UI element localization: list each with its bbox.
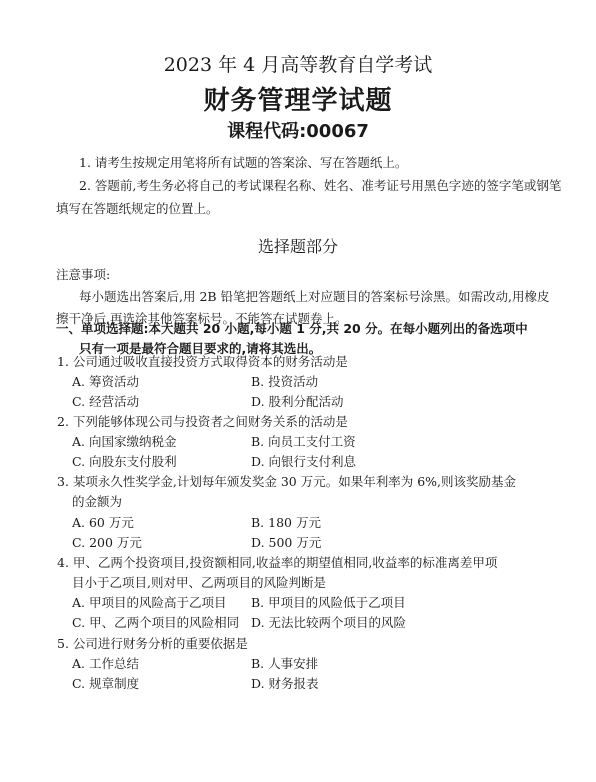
question-3-option-a: A. 60 万元 [72, 513, 134, 531]
question-5-option-b: B. 人事安排 [251, 654, 318, 672]
question-4-stem: 4. 甲、乙两个投资项目,投资额相同,收益率的期望值相同,收益率的标准离差甲项 [57, 553, 497, 571]
question-2-option-d: D. 向银行支付利息 [251, 452, 356, 470]
question-5-option-c: C. 规章制度 [72, 674, 139, 692]
question-4-stem-continued: 目小于乙项目,则对甲、乙两项目的风险判断是 [72, 573, 326, 591]
question-4-option-d: D. 无法比较两个项目的风险 [251, 613, 406, 631]
question-4-option-a: A. 甲项目的风险高于乙项目 [72, 593, 226, 611]
question-2-option-b: B. 向员工支付工资 [251, 432, 356, 450]
instruction-2: 2. 答题前,考生务必将自己的考试课程名称、姓名、准考证号用黑色字迹的签字笔或钢… [79, 176, 561, 194]
question-5-option-d: D. 财务报表 [251, 674, 319, 692]
question-3-stem: 3. 某项永久性奖学金,计划每年颁发奖金 30 万元。如果年利率为 6%,则该奖… [57, 472, 516, 490]
part-one-heading-line-1: 一、单项选择题:本大题共 20 小题,每小题 1 分,共 20 分。在每小题列出… [56, 319, 528, 337]
notice-line-1: 每小题选出答案后,用 2B 铅笔把答题纸上对应题目的答案标号涂黑。如需改动,用橡… [79, 287, 550, 305]
question-2-option-c: C. 向股东支付股利 [72, 452, 177, 470]
question-1-option-b: B. 投资活动 [251, 372, 318, 390]
question-3-option-c: C. 200 万元 [72, 533, 142, 551]
question-3-option-b: B. 180 万元 [251, 513, 321, 531]
question-1-option-d: D. 股利分配活动 [251, 392, 344, 410]
question-3-stem-continued: 的金额为 [72, 492, 122, 510]
question-1-option-a: A. 筹资活动 [72, 372, 139, 390]
course-code: 课程代码:00067 [0, 117, 596, 143]
notice-label: 注意事项: [56, 265, 110, 283]
question-2-stem: 2. 下列能够体现公司与投资者之间财务关系的活动是 [57, 412, 348, 430]
question-4-option-b: B. 甲项目的风险低于乙项目 [251, 593, 406, 611]
subject-title: 财务管理学试题 [0, 80, 596, 117]
question-5-stem: 5. 公司进行财务分析的重要依据是 [57, 634, 248, 652]
question-1-option-c: C. 经营活动 [72, 392, 139, 410]
question-5-option-a: A. 工作总结 [72, 654, 139, 672]
exam-session-title: 2023 年 4 月高等教育自学考试 [0, 50, 596, 77]
instruction-1: 1. 请考生按规定用笔将所有试题的答案涂、写在答题纸上。 [79, 153, 407, 171]
question-3-option-d: D. 500 万元 [251, 533, 321, 551]
instruction-2-continued: 填写在答题纸规定的位置上。 [56, 199, 219, 217]
question-1-stem: 1. 公司通过吸收直接投资方式取得资本的财务活动是 [57, 352, 348, 370]
section-title: 选择题部分 [0, 234, 596, 257]
question-4-option-c: C. 甲、乙两个项目的风险相同 [72, 613, 239, 631]
question-2-option-a: A. 向国家缴纳税金 [72, 432, 176, 450]
